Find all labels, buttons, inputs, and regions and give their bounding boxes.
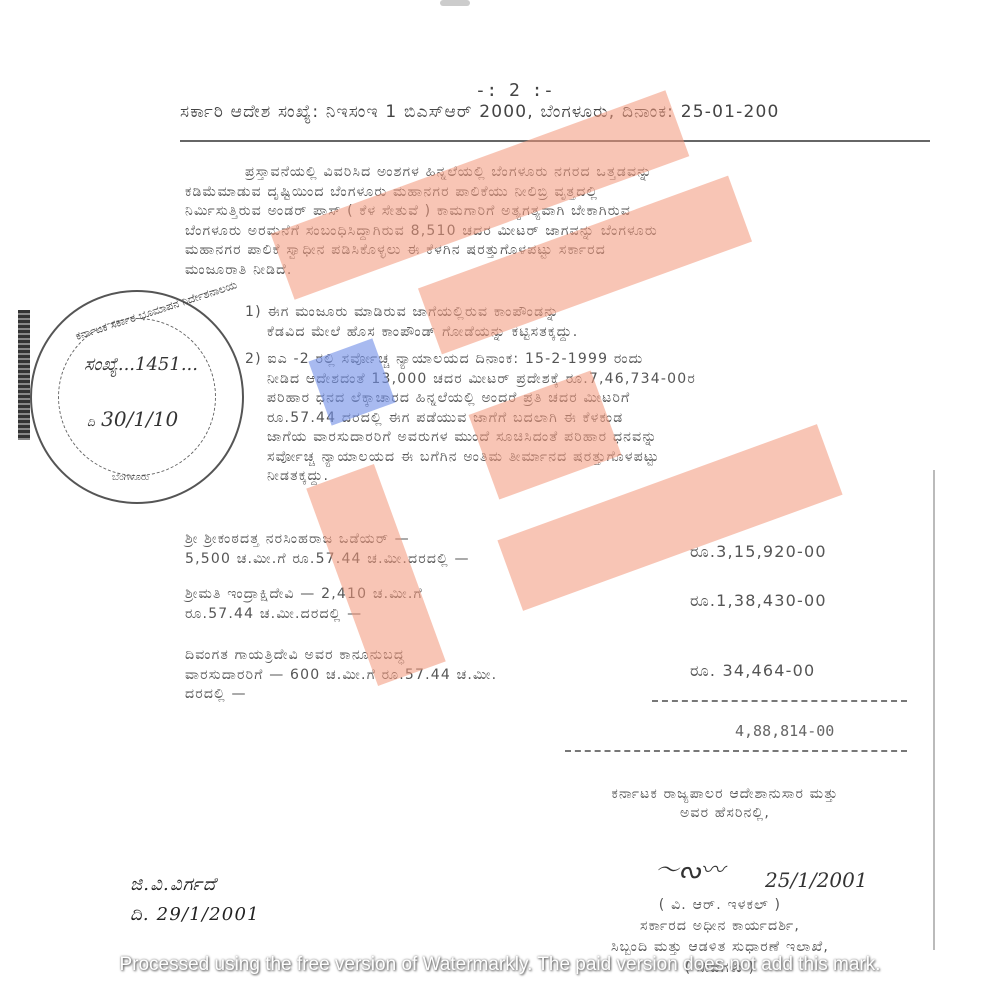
watermarkly-notice: Processed using the free version of Wate… (0, 954, 1000, 976)
payee-2-amount: ರೂ.1,38,430-00 (690, 591, 827, 611)
closing-line: ಅವರ ಹೆಸರಿನಲ್ಲಿ, (535, 804, 915, 823)
scan-artifact (440, 0, 470, 6)
signatory-name: ( ವಿ. ಆರ್. ಇಳಕಲ್ ) (540, 895, 900, 916)
stamp-city: ಬೆಂಗಳೂರು (112, 472, 149, 483)
payee-line: ದಿವಂಗತ ಗಾಯತ್ರಿದೇವಿ ಅವರ ಕಾನೂನುಬದ್ಧ (185, 646, 497, 666)
scanned-document-page: -: 2 :- ಸರ್ಕಾರಿ ಆದೇಶ ಸಂಖ್ಯೆ: ನಿಇಸಂಇ 1 ಬಿ… (0, 0, 1000, 1003)
receipt-signature: ಜಿ.ವಿ.ವಿರ್ಗದೆ ದಿ. 29/1/2001 (130, 870, 260, 930)
stamp-date: ದಿ 30/1/10 (87, 407, 178, 431)
payee-line: ದರದಲ್ಲಿ — (185, 685, 497, 705)
stamp-number: ಸಂಖ್ಯೆ...1451... (84, 354, 198, 375)
sum-rule-top (652, 700, 907, 702)
signature-date: 25/1/2001 (765, 868, 868, 892)
payee-line: ವಾರಸುದಾರರಿಗೆ — 600 ಚ.ಮೀ.ಗೆ ರೂ.57.44 ಚ.ಮೀ… (185, 666, 497, 686)
payee-3: ದಿವಂಗತ ಗಾಯತ್ರಿದೇವಿ ಅವರ ಕಾನೂನುಬದ್ಧ ವಾರಸುದ… (185, 646, 497, 705)
closing-line: ಕರ್ನಾಟಕ ರಾಜ್ಯಪಾಲರ ಆದೇಶಾನುಸಾರ ಮತ್ತು (535, 785, 915, 804)
page-number: -: 2 :- (475, 80, 554, 101)
office-seal-stamp: ಕರ್ನಾಟಕ ಸರ್ಕಾರ ಭೂಮಾಪನ ನಿರ್ದೇಶನಾಲಯ ಸಂಖ್ಯೆ… (30, 290, 244, 504)
payee-1-amount: ರೂ.3,15,920-00 (690, 542, 827, 562)
stamp-edge-mark (18, 310, 30, 440)
condition-item-1: 1) ಈಗ ಮಂಜೂರು ಮಾಡಿರುವ ಜಾಗೆಯಲ್ಲಿರುವ ಕಾಂಪೌಂ… (245, 303, 935, 342)
item-number: 1) (245, 304, 262, 320)
item-line: ಕೆಡವಿದ ಮೇಲೆ ಹೊಸ ಕಾಂಪೌಂಡ್ ಗೋಡೆಯನ್ನು ಕಟ್ಟಿ… (245, 323, 935, 343)
receipt-signature-name: ಜಿ.ವಿ.ವಿರ್ಗದೆ (130, 870, 260, 900)
item-number: 2) (245, 351, 262, 367)
receipt-signature-date: ದಿ. 29/1/2001 (130, 900, 260, 930)
paragraph-line: ನಿರ್ಮಿಸುತ್ತಿರುವ ಅಂಡರ್ ಪಾಸ್ ( ಕೆಳ ಸೇತುವೆ … (185, 202, 935, 222)
officer-signature: 〜ᔓ〰 (655, 850, 724, 885)
sum-rule-bottom (565, 750, 907, 752)
page-edge-line (933, 470, 935, 950)
total-amount: 4,88,814-00 (735, 722, 834, 740)
government-order-reference: ಸರ್ಕಾರಿ ಆದೇಶ ಸಂಖ್ಯೆ: ನಿಇಸಂಇ 1 ಬಿಎಸ್‌ಆರ್ … (180, 102, 780, 122)
signatory-designation: ಸರ್ಕಾರದ ಅಧೀನ ಕಾರ್ಯದರ್ಶಿ, (540, 916, 900, 937)
closing-clause: ಕರ್ನಾಟಕ ರಾಜ್ಯಪಾಲರ ಆದೇಶಾನುಸಾರ ಮತ್ತು ಅವರ ಹ… (535, 785, 915, 823)
payee-3-amount: ರೂ. 34,464-00 (690, 661, 815, 681)
payee-line: 5,500 ಚ.ಮೀ.ಗೆ ರೂ.57.44 ಚ.ಮೀ.ದರದಲ್ಲಿ — (185, 550, 470, 570)
